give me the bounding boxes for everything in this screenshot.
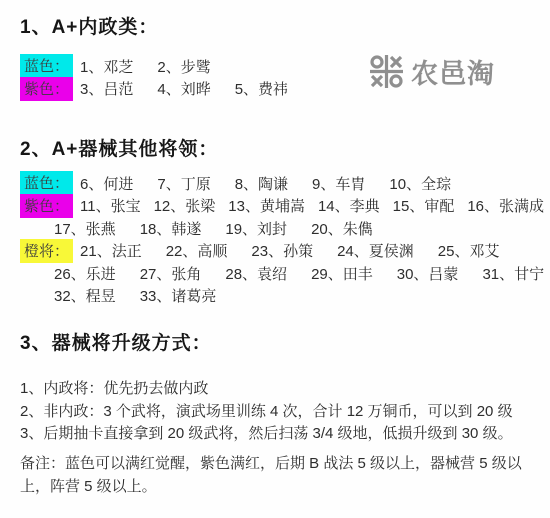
instruction-line: 1、内政将：优先扔去做内政 [20, 378, 513, 401]
purple-generals-row-continued: 17、张燕 18、韩遂 19、刘封 20、朱儁 [20, 217, 550, 240]
purple-generals-row: 紫色： 11、张宝 12、张梁 13、黄埔嵩 14、李典 15、审配 16、张满… [20, 195, 550, 218]
orange-generals-row: 橙将： 21、法正 22、高顺 23、孙策 24、夏侯渊 25、邓艾 [20, 240, 550, 263]
purple-color-label: 紫色： [20, 77, 73, 101]
purple-color-label: 紫色： [20, 194, 73, 218]
general-item: 22、高顺 [166, 240, 228, 261]
general-item: 30、吕蒙 [397, 263, 459, 284]
general-item: 33、诸葛亮 [140, 285, 217, 306]
general-item: 8、陶谦 [235, 173, 288, 194]
general-item: 10、全琮 [389, 173, 451, 194]
ox-grid-logo-icon [368, 53, 405, 90]
general-item: 2、步骘 [157, 56, 210, 77]
general-item: 19、刘封 [225, 218, 287, 239]
general-item: 18、韩遂 [140, 218, 202, 239]
instruction-line: 3、后期抽卡直接拿到 20 级武将，然后扫荡 3/4 级地，低损升级到 30 级… [20, 423, 513, 446]
orange-generals-row-continued: 32、程昱 33、诸葛亮 [20, 285, 550, 308]
document-page: 1、A+内政类： 蓝色： 1、邓芝 2、步骘 紫色： 3、吕范 4、刘晔 5、费… [0, 0, 550, 518]
blue-color-label: 蓝色： [20, 171, 73, 195]
watermark-logo: 农邑淘 [368, 52, 495, 91]
general-item: 9、车胄 [312, 173, 365, 194]
general-item: 20、朱儁 [311, 218, 373, 239]
general-item: 14、李典 [318, 195, 380, 216]
orange-color-label: 橙将： [20, 239, 73, 263]
section-1-title: 1、A+内政类： [20, 12, 158, 39]
general-item: 7、丁原 [157, 173, 210, 194]
general-item: 3、吕范 [80, 78, 133, 99]
general-item: 17、张燕 [54, 218, 116, 239]
upgrade-instructions: 1、内政将：优先扔去做内政 2、非内政：3 个武将，演武场里训练 4 次，合计 … [20, 378, 513, 446]
general-item: 5、费祎 [235, 78, 288, 99]
general-item: 11、张宝 [80, 195, 141, 216]
section-2-list: 蓝色： 6、何进 7、丁原 8、陶谦 9、车胄 10、全琮 紫色： 11、张宝 … [20, 172, 550, 307]
section-3-title: 3、器械将升级方式： [20, 328, 212, 355]
general-item: 1、邓芝 [80, 56, 133, 77]
general-item: 28、袁绍 [225, 263, 287, 284]
general-item: 29、田丰 [311, 263, 373, 284]
general-item: 13、黄埔嵩 [228, 195, 305, 216]
general-item: 32、程昱 [54, 285, 116, 306]
section-2-title: 2、A+器械其他将领： [20, 134, 218, 161]
general-item: 15、审配 [393, 195, 455, 216]
general-item: 31、甘宁 [482, 263, 544, 284]
purple-politics-row: 紫色： 3、吕范 4、刘晔 5、费祎 [20, 78, 312, 101]
general-item: 6、何进 [80, 173, 133, 194]
general-item: 4、刘晔 [157, 78, 210, 99]
orange-generals-row-continued: 26、乐进 27、张角 28、袁绍 29、田丰 30、吕蒙 31、甘宁 [20, 262, 550, 285]
general-item: 21、法正 [80, 240, 142, 261]
instruction-line: 2、非内政：3 个武将，演武场里训练 4 次，合计 12 万铜币，可以到 20 … [20, 401, 513, 424]
section-1-list: 蓝色： 1、邓芝 2、步骘 紫色： 3、吕范 4、刘晔 5、费祎 [20, 55, 312, 100]
blue-color-label: 蓝色： [20, 54, 73, 78]
footnote: 备注：蓝色可以满红觉醒，紫色满红，后期 B 战法 5 级以上，器械营 5 级以上… [20, 452, 536, 498]
watermark-text: 农邑淘 [411, 52, 495, 91]
blue-politics-row: 蓝色： 1、邓芝 2、步骘 [20, 55, 312, 78]
general-item: 26、乐进 [54, 263, 116, 284]
blue-generals-row: 蓝色： 6、何进 7、丁原 8、陶谦 9、车胄 10、全琮 [20, 172, 550, 195]
general-item: 27、张角 [140, 263, 202, 284]
general-item: 16、张满成 [467, 195, 544, 216]
general-item: 24、夏侯渊 [337, 240, 414, 261]
general-item: 23、孙策 [251, 240, 313, 261]
general-item: 12、张梁 [154, 195, 216, 216]
general-item: 25、邓艾 [438, 240, 500, 261]
